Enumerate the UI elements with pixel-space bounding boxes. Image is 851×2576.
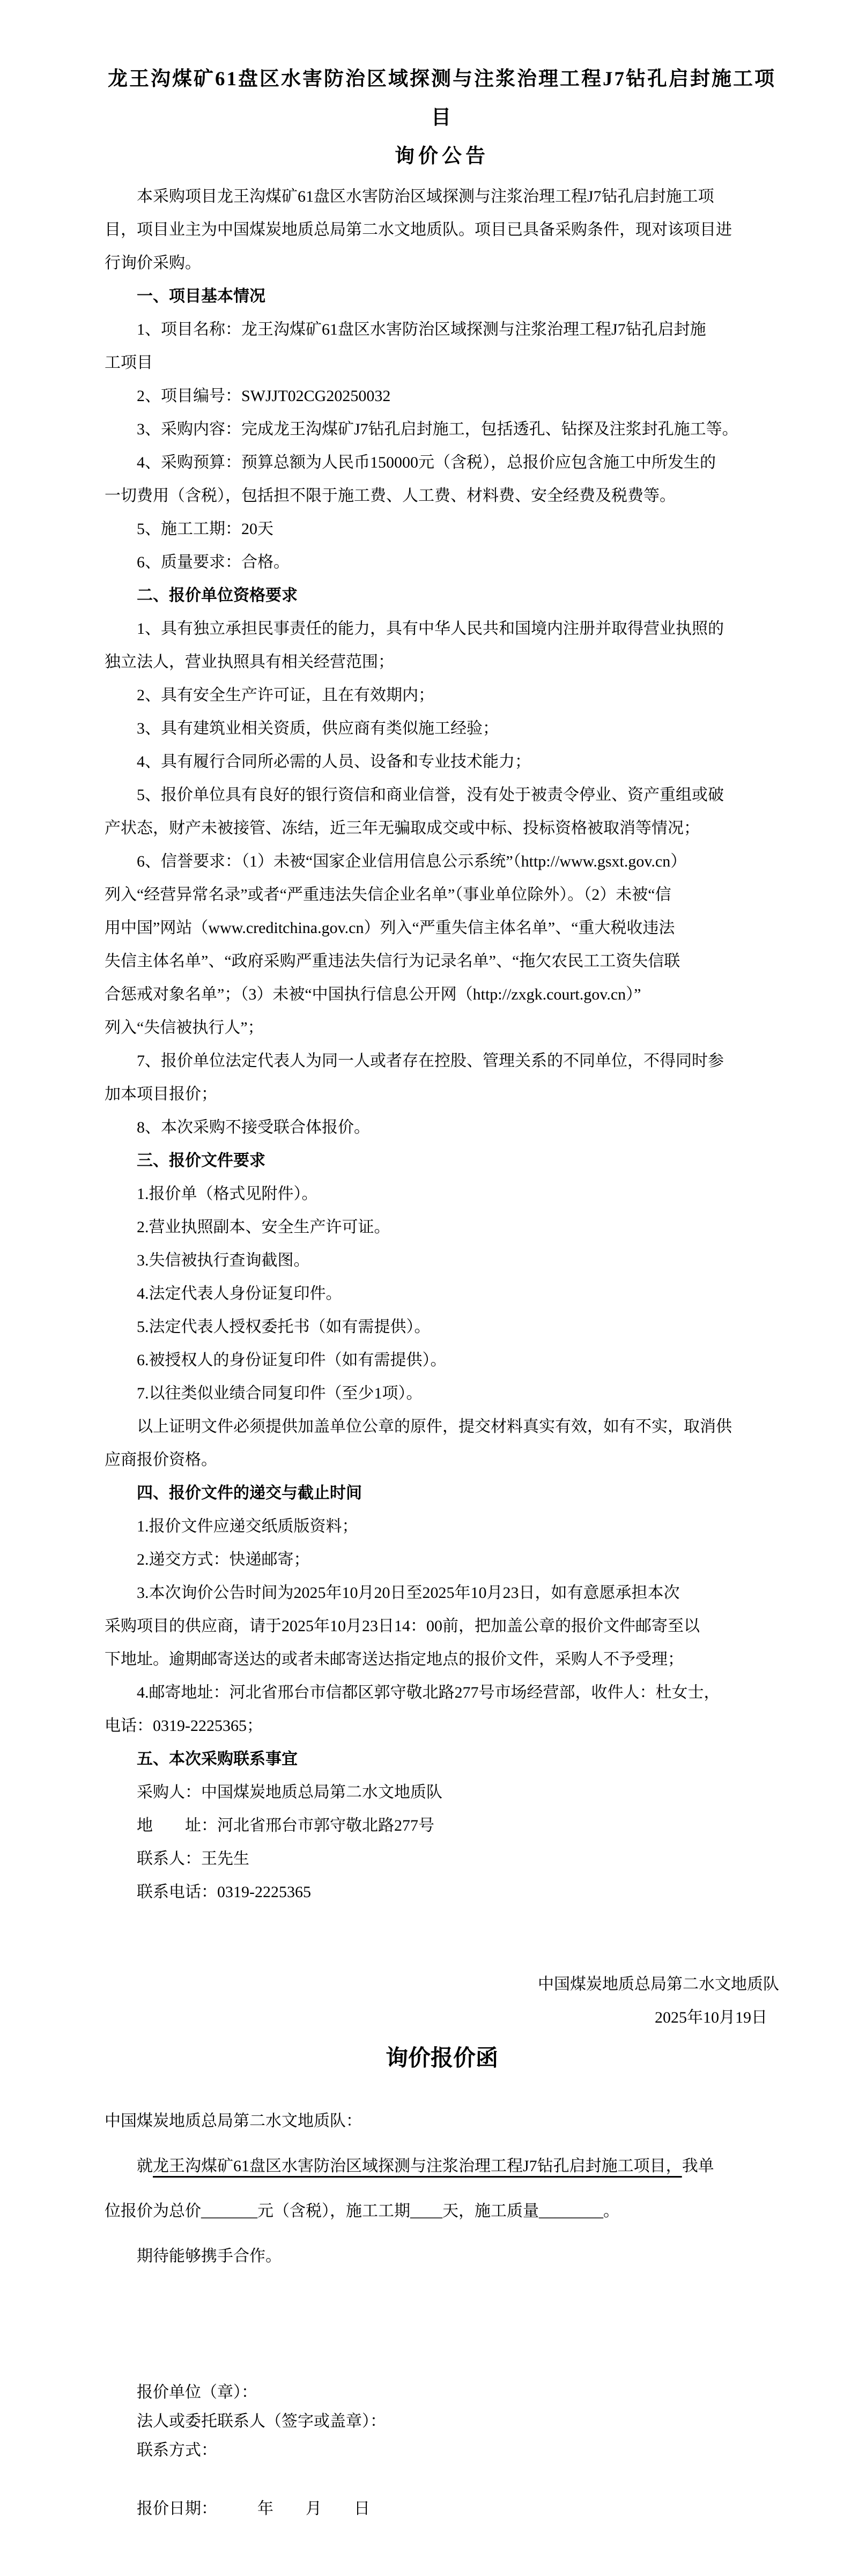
contact-person-line: 联系人：王先生 [105, 1842, 779, 1876]
section-heading-4: 四、报价文件的递交与截止时间 [105, 1477, 779, 1510]
doc-line: 1.报价单（格式见附件）。 [105, 1178, 779, 1211]
doc-line: 产状态，财产未被接管、冻结，近三年无骗取成交或中标、投标资格被取消等情况； [105, 812, 779, 845]
document-page: 龙王沟煤矿61盘区水害防治区域探测与注浆治理工程J7钻孔启封施工项目 询价公告 … [0, 0, 851, 2576]
budget-line: 4、采购预算：预算总额为人民币150000元（含税），总报价应包含施工中所发生的 [105, 446, 779, 479]
letter-body-line: 就龙王沟煤矿61盘区水害防治区域探测与注浆治理工程J7钻孔启封施工项目，我单 [105, 2144, 779, 2189]
doc-line: 3、具有建筑业相关资质，供应商有类似施工经验； [105, 712, 779, 745]
doc-line: 6.被授权人的身份证复印件（如有需提供）。 [105, 1344, 779, 1377]
letter-closing: 期待能够携手合作。 [105, 2234, 779, 2279]
doc-line: 一切费用（含税），包括担不限于施工费、人工费、材料费、安全经费及税费等。 [105, 479, 779, 513]
underlined-project-name: 龙王沟煤矿61盘区水害防治区域探测与注浆治理工程J7钻孔启封施工项目， [153, 2157, 682, 2175]
doc-line: 3、采购内容：完成龙王沟煤矿J7钻孔启封施工，包括透孔、钻探及注浆封孔施工等。 [105, 413, 779, 446]
doc-line: 列入“经营异常名录”或者“严重违法失信企业名单”（事业单位除外）。（2）未被“信 [105, 878, 779, 912]
contact-phone-line: 联系电话：0319-2225365 [105, 1876, 779, 1909]
spacer [105, 1909, 779, 1968]
doc-line: 目，项目业主为中国煤炭地质总局第二水文地质队。项目已具备采购条件，现对该项目进 [105, 213, 779, 247]
bidder-seal-line: 报价单位（章）： [105, 2378, 779, 2407]
doc-line: 列入“失信被执行人”； [105, 1011, 779, 1045]
letter-salutation: 中国煤炭地质总局第二水文地质队： [105, 2099, 779, 2144]
section-heading-2: 二、报价单位资格要求 [105, 579, 779, 612]
section-heading-3: 三、报价文件要求 [105, 1144, 779, 1178]
doc-line: 采购项目的供应商，请于2025年10月23日14：00前，把加盖公章的报价文件邮… [105, 1610, 779, 1643]
doc-line: 合惩戒对象名单”；（3）未被“中国执行信息公开网（http://zxgk.cou… [105, 978, 779, 1011]
doc-line: 2、具有安全生产许可证，且在有效期内； [105, 679, 779, 712]
doc-line: 6、质量要求：合格。 [105, 546, 779, 579]
contact-method-line: 联系方式： [105, 2436, 779, 2465]
doc-line: 4.法定代表人身份证复印件。 [105, 1277, 779, 1311]
project-name-line: 1、项目名称：龙王沟煤矿61盘区水害防治区域探测与注浆治理工程J7钻孔启封施 [105, 313, 779, 346]
section-heading-1: 一、项目基本情况 [105, 280, 779, 313]
doc-line: 2.营业执照副本、安全生产许可证。 [105, 1211, 779, 1244]
quote-date-line: 报价日期： 年 月 日 [105, 2494, 779, 2523]
doc-line: 行询价采购。 [105, 247, 779, 280]
mailing-address-line: 4.邮寄地址：河北省邢台市信都区郭守敬北路277号市场经营部，收件人：杜女士， [105, 1676, 779, 1709]
doc-line: 独立法人，营业执照具有相关经营范围； [105, 646, 779, 679]
doc-line: 7、报价单位法定代表人为同一人或者存在控股、管理关系的不同单位，不得同时参 [105, 1045, 779, 1078]
doc-line: 5、报价单位具有良好的银行资信和商业信誉，没有处于被责令停业、资产重组或破 [105, 779, 779, 812]
doc-line: 1、具有独立承担民事责任的能力，具有中华人民共和国境内注册并取得营业执照的 [105, 612, 779, 646]
document-title-line2: 询价公告 [105, 137, 779, 176]
doc-line: 下地址。逾期邮寄送达的或者未邮寄送达指定地点的报价文件，采购人不予受理； [105, 1643, 779, 1676]
doc-line: 1.报价文件应递交纸质版资料； [105, 1510, 779, 1543]
doc-line: 6、信誉要求：（1）未被“国家企业信用信息公示系统”（http://www.gs… [105, 845, 779, 878]
doc-line: 应商报价资格。 [105, 1444, 779, 1477]
doc-line: 8、本次采购不接受联合体报价。 [105, 1111, 779, 1144]
doc-line: 4、具有履行合同所必需的人员、设备和专业技术能力； [105, 745, 779, 779]
doc-line: 加本项目报价； [105, 1078, 779, 1111]
doc-line: 失信主体名单”、“政府采购严重违法失信行为记录名单”、“拖欠农民工工资失信联 [105, 945, 779, 978]
doc-line: 7.以往类似业绩合同复印件（至少1项）。 [105, 1377, 779, 1410]
spacer [105, 2083, 779, 2099]
spacer [105, 2279, 779, 2378]
letter-title: 询价报价函 [105, 2034, 779, 2083]
doc-body: 本采购项目龙王沟煤矿61盘区水害防治区域探测与注浆治理工程J7钻孔启封施工项目，… [105, 176, 779, 2523]
announcement-period-line: 3.本次询价公告时间为2025年10月20日至2025年10月23日，如有意愿承… [105, 1576, 779, 1610]
doc-line: 5.法定代表人授权委托书（如有需提供）。 [105, 1311, 779, 1344]
spacer [105, 2465, 779, 2494]
doc-line: 电话：0319-2225365； [105, 1709, 779, 1743]
purchaser-line: 采购人：中国煤炭地质总局第二水文地质队 [105, 1776, 779, 1809]
signature-org: 中国煤炭地质总局第二水文地质队 [105, 1968, 779, 2001]
section-heading-5: 五、本次采购联系事宜 [105, 1743, 779, 1776]
text-segment: 就 [137, 2157, 153, 2175]
doc-line: 工项目 [105, 346, 779, 380]
address-line: 地 址：河北省邢台市郭守敬北路277号 [105, 1809, 779, 1842]
project-number-line: 2、项目编号：SWJJT02CG20250032 [105, 380, 779, 413]
signature-date: 2025年10月19日 [105, 2001, 779, 2034]
letter-blanks-line: 位报价为总价_______元（含税），施工工期____天，施工质量_______… [105, 2189, 779, 2234]
spacer [105, 176, 779, 180]
doc-line: 用中国”网站（www.creditchina.gov.cn）列入“严重失信主体名… [105, 912, 779, 945]
doc-line: 2.递交方式：快递邮寄； [105, 1543, 779, 1576]
doc-line: 以上证明文件必须提供加盖单位公章的原件，提交材料真实有效，如有不实，取消供 [105, 1410, 779, 1444]
doc-line: 3.失信被执行查询截图。 [105, 1244, 779, 1277]
legal-rep-line: 法人或委托联系人（签字或盖章）： [105, 2407, 779, 2436]
doc-line: 5、施工工期：20天 [105, 513, 779, 546]
text-segment: 我单 [682, 2157, 714, 2175]
document-title-line1: 龙王沟煤矿61盘区水害防治区域探测与注浆治理工程J7钻孔启封施工项目 [105, 60, 779, 137]
doc-line: 本采购项目龙王沟煤矿61盘区水害防治区域探测与注浆治理工程J7钻孔启封施工项 [105, 180, 779, 213]
